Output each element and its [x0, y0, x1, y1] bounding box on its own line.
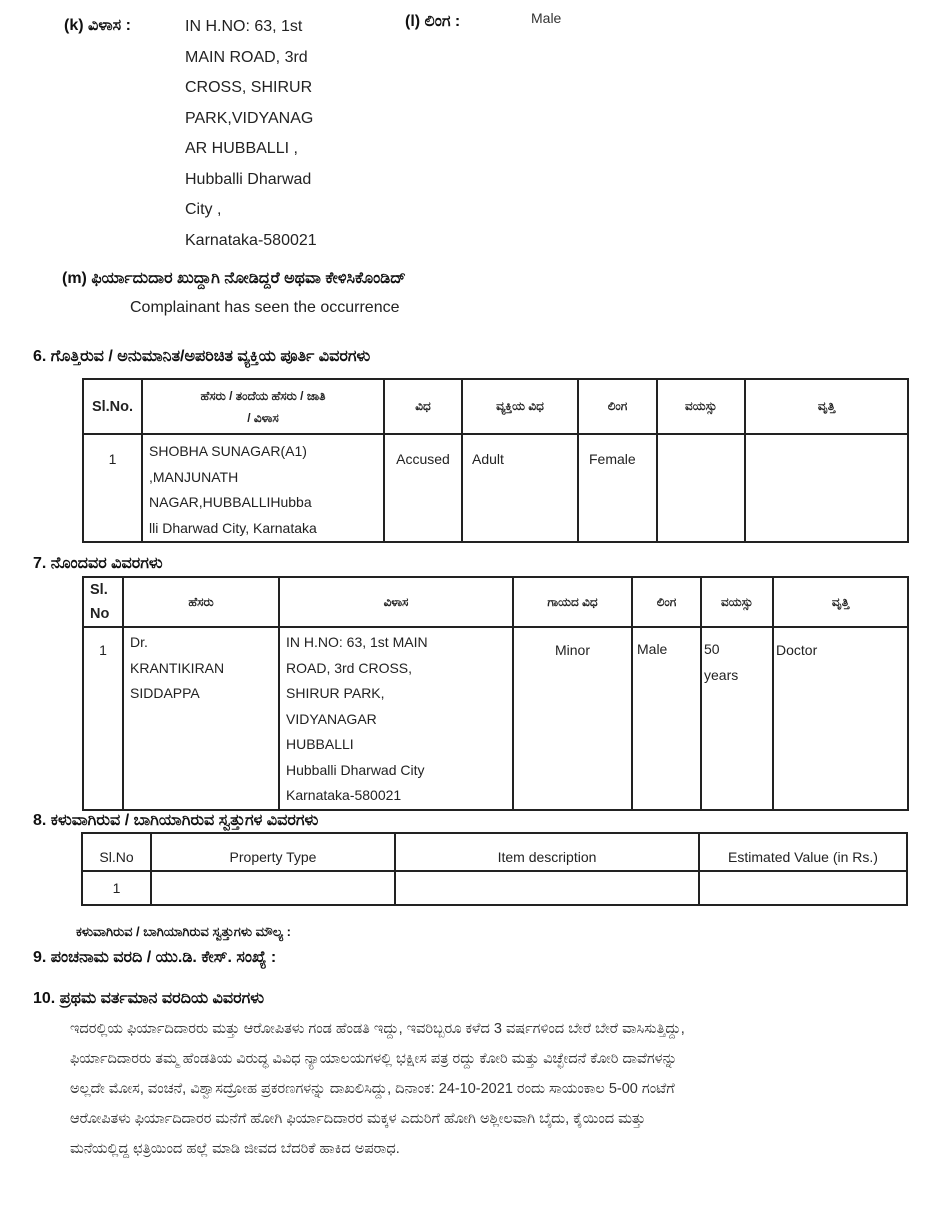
col-header-item-description: Item description	[395, 833, 699, 871]
age-line: years	[704, 662, 766, 688]
table-header-row: Sl.No. ಹೆಸರು / ತಂದೆಯ ಹೆಸರು / ಜಾತಿ / ವಿಳಾ…	[83, 379, 908, 434]
col-header-occupation: ವೃತ್ತಿ	[745, 379, 908, 434]
fir-narrative: ಇದರಲ್ಲಿಯ ಫಿರ್ಯಾದಿದಾರರು ಮತ್ತು ಆರೋಪಿತಳು ಗಂ…	[70, 1014, 920, 1164]
cell-item-description	[395, 871, 699, 905]
address-line: SHIRUR PARK,	[286, 681, 506, 707]
gender-value: Male	[531, 10, 561, 26]
col-header-injury-type: ಗಾಯದ ವಿಧ	[513, 577, 632, 627]
address-line: IN H.NO: 63, 1st	[185, 12, 317, 43]
cell-address: IN H.NO: 63, 1st MAIN ROAD, 3rd CROSS, S…	[279, 627, 513, 810]
name-line: SIDDAPPA	[130, 681, 272, 707]
cell-person-type: Adult	[462, 434, 578, 542]
col-header-age: ವಯಸ್ಸು	[657, 379, 745, 434]
address-line: PARK,VIDYANAG	[185, 104, 317, 135]
address-line: VIDYANAGAR	[286, 707, 506, 733]
section10-title: 10. ಪ್ರಥಮ ವರ್ತಮಾನ ವರದಿಯ ವಿವರಗಳು	[33, 990, 264, 1008]
accused-table: Sl.No. ಹೆಸರು / ತಂದೆಯ ಹೆಸರು / ಜಾತಿ / ವಿಳಾ…	[82, 378, 909, 543]
header-line: Sl.	[90, 578, 116, 602]
name-line: Dr.	[130, 630, 272, 656]
cell-type: Accused	[384, 434, 462, 542]
table-row: 1 SHOBHA SUNAGAR(A1) ,MANJUNATH NAGAR,HU…	[83, 434, 908, 542]
cell-age	[657, 434, 745, 542]
col-header-slno: Sl.No	[82, 833, 151, 871]
narrative-line: ಅಲ್ಲದೇ ಮೋಸ, ವಂಚನೆ, ವಿಶ್ವಾಸದ್ರೋಹ ಪ್ರಕರಣಗಳ…	[70, 1074, 920, 1104]
col-header-name: ಹೆಸರು / ತಂದೆಯ ಹೆಸರು / ಜಾತಿ / ವಿಳಾಸ	[142, 379, 384, 434]
cell-gender: Female	[578, 434, 657, 542]
narrative-line: ಮನೆಯಲ್ಲಿದ್ದ ಛತ್ರಿಯಿಂದ ಹಲ್ಲೆ ಮಾಡಿ ಜೀವದ ಬೆ…	[70, 1134, 920, 1164]
section7-title: 7. ನೊಂದವರ ವಿವರಗಳು	[33, 555, 163, 573]
narrative-line: ಫಿರ್ಯಾದಿದಾರರು ತಮ್ಮ ಹೆಂಡತಿಯ ವಿರುದ್ಧ ವಿವಿಧ…	[70, 1044, 920, 1074]
cell-name-address: SHOBHA SUNAGAR(A1) ,MANJUNATH NAGAR,HUBB…	[142, 434, 384, 542]
table-header-row: Sl.No Property Type Item description Est…	[82, 833, 907, 871]
witness-label: (m) ಫಿರ್ಯಾದುದಾರ ಖುದ್ದಾಗಿ ನೋಡಿದ್ದರೆ ಅಥವಾ …	[62, 270, 406, 288]
address-line: ROAD, 3rd CROSS,	[286, 656, 506, 682]
section8-title: 8. ಕಳುವಾಗಿರುವ / ಬಾಗಿಯಾಗಿರುವ ಸ್ವತ್ತುಗಳ ವಿ…	[33, 812, 318, 830]
col-header-property-type: Property Type	[151, 833, 395, 871]
col-header-name: ಹೆಸರು	[123, 577, 279, 627]
cell-estimated-value	[699, 871, 907, 905]
table-header-row: Sl. No ಹೆಸರು ವಿಳಾಸ ಗಾಯದ ವಿಧ ಲಿಂಗ ವಯಸ್ಸು …	[83, 577, 908, 627]
cell-property-type	[151, 871, 395, 905]
age-line: 50	[704, 636, 766, 662]
col-header-estimated-value: Estimated Value (in Rs.)	[699, 833, 907, 871]
address-line: City ,	[185, 195, 317, 226]
table-row: 1 Dr. KRANTIKIRAN SIDDAPPA IN H.NO: 63, …	[83, 627, 908, 810]
header-line: / ವಿಳಾಸ	[149, 407, 377, 429]
address-line: Karnataka-580021	[185, 226, 317, 257]
col-header-slno: Sl.No.	[83, 379, 142, 434]
address-line: CROSS, SHIRUR	[185, 73, 317, 104]
header-line: No	[90, 602, 116, 626]
address-line: Karnataka-580021	[286, 783, 506, 809]
victim-table: Sl. No ಹೆಸರು ವಿಳಾಸ ಗಾಯದ ವಿಧ ಲಿಂಗ ವಯಸ್ಸು …	[82, 576, 909, 811]
col-header-gender: ಲಿಂಗ	[632, 577, 701, 627]
address-line: AR HUBBALLI ,	[185, 134, 317, 165]
cell-occupation: Doctor	[773, 627, 908, 810]
name-line: ,MANJUNATH	[149, 465, 377, 491]
complainant-address: IN H.NO: 63, 1st MAIN ROAD, 3rd CROSS, S…	[185, 12, 317, 256]
cell-occupation	[745, 434, 908, 542]
name-line: lli Dharwad City, Karnataka	[149, 516, 377, 542]
gender-label: (l) ಲಿಂಗ :	[405, 13, 460, 31]
address-label: (k) ವಿಳಾಸ :	[64, 17, 131, 35]
narrative-line: ಆರೋಪಿತಳು ಫಿರ್ಯಾದಿದಾರರ ಮನೆಗೆ ಹೋಗಿ ಫಿರ್ಯಾದ…	[70, 1104, 920, 1134]
witness-value: Complainant has seen the occurrence	[130, 299, 400, 317]
col-header-address: ವಿಳಾಸ	[279, 577, 513, 627]
name-line: KRANTIKIRAN	[130, 656, 272, 682]
header-line: ಹೆಸರು / ತಂದೆಯ ಹೆಸರು / ಜಾತಿ	[149, 385, 377, 407]
col-header-type: ವಿಧ	[384, 379, 462, 434]
cell-age: 50 years	[701, 627, 773, 810]
cell-name: Dr. KRANTIKIRAN SIDDAPPA	[123, 627, 279, 810]
cell-slno: 1	[83, 434, 142, 542]
cell-gender: Male	[632, 627, 701, 810]
address-line: Hubballi Dharwad	[185, 165, 317, 196]
cell-slno: 1	[83, 627, 123, 810]
col-header-occupation: ವೃತ್ತಿ	[773, 577, 908, 627]
narrative-line: ಇದರಲ್ಲಿಯ ಫಿರ್ಯಾದಿದಾರರು ಮತ್ತು ಆರೋಪಿತಳು ಗಂ…	[70, 1014, 920, 1044]
cell-injury-type: Minor	[513, 627, 632, 810]
address-line: HUBBALLI	[286, 732, 506, 758]
table-row: 1	[82, 871, 907, 905]
name-line: SHOBHA SUNAGAR(A1)	[149, 439, 377, 465]
property-value-label: ಕಳುವಾಗಿರುವ / ಬಾಗಿಯಾಗಿರುವ ಸ್ವತ್ತುಗಳು ಮೌಲ್…	[76, 924, 291, 940]
property-table: Sl.No Property Type Item description Est…	[81, 832, 908, 906]
section6-title: 6. ಗೊತ್ತಿರುವ / ಅನುಮಾನಿತ/ಅಪರಿಚಿತ ವ್ಯಕ್ತಿಯ…	[33, 348, 370, 366]
section9-title: 9. ಪಂಚನಾಮ ವರದಿ / ಯು.ಡಿ. ಕೇಸ್. ಸಂಖ್ಯೆ :	[33, 949, 276, 967]
col-header-age: ವಯಸ್ಸು	[701, 577, 773, 627]
address-line: Hubballi Dharwad City	[286, 758, 506, 784]
cell-slno: 1	[82, 871, 151, 905]
col-header-person-type: ವ್ಯಕ್ತಿಯ ವಿಧ	[462, 379, 578, 434]
name-line: NAGAR,HUBBALLIHubba	[149, 490, 377, 516]
address-line: IN H.NO: 63, 1st MAIN	[286, 630, 506, 656]
address-line: MAIN ROAD, 3rd	[185, 43, 317, 74]
col-header-slno: Sl. No	[83, 577, 123, 627]
col-header-gender: ಲಿಂಗ	[578, 379, 657, 434]
